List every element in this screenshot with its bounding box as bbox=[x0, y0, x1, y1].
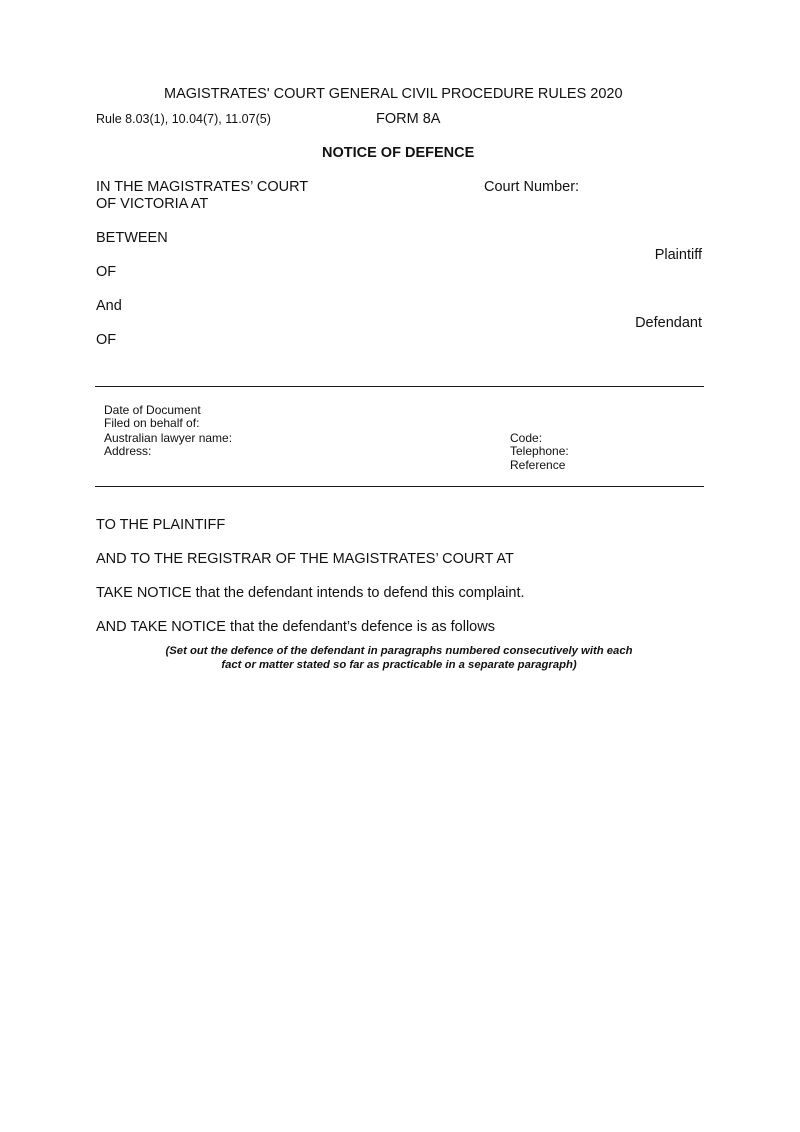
document-title: NOTICE OF DEFENCE bbox=[322, 145, 474, 161]
defence-statement: AND TAKE NOTICE that the defendant’s def… bbox=[96, 619, 495, 635]
date-of-document-label: Date of Document bbox=[104, 403, 201, 417]
address-label: Address: bbox=[104, 444, 151, 458]
bottom-divider bbox=[95, 486, 704, 487]
form-number: FORM 8A bbox=[376, 111, 440, 127]
and-label: And bbox=[96, 298, 122, 314]
defence-instructions: (Set out the defence of the defendant in… bbox=[96, 644, 702, 672]
to-registrar: AND TO THE REGISTRAR OF THE MAGISTRATES’… bbox=[96, 551, 514, 567]
court-name-line1: IN THE MAGISTRATES’ COURT bbox=[96, 179, 308, 195]
defendant-of-label: OF bbox=[96, 332, 116, 348]
telephone-label: Telephone: bbox=[510, 444, 569, 458]
take-notice-statement: TAKE NOTICE that the defendant intends t… bbox=[96, 585, 525, 601]
reference-label: Reference bbox=[510, 458, 565, 472]
instruction-line-2: fact or matter stated so far as practica… bbox=[96, 658, 702, 672]
lawyer-name-label: Australian lawyer name: bbox=[104, 431, 232, 445]
filed-on-behalf-label: Filed on behalf of: bbox=[104, 416, 199, 430]
plaintiff-label: Plaintiff bbox=[655, 247, 702, 263]
top-divider bbox=[95, 386, 704, 387]
court-name-line2: OF VICTORIA AT bbox=[96, 196, 208, 212]
defendant-label: Defendant bbox=[635, 315, 702, 331]
rules-title: MAGISTRATES' COURT GENERAL CIVIL PROCEDU… bbox=[164, 86, 623, 102]
plaintiff-of-label: OF bbox=[96, 264, 116, 280]
court-number-label: Court Number: bbox=[484, 179, 579, 195]
to-plaintiff: TO THE PLAINTIFF bbox=[96, 517, 225, 533]
instruction-line-1: (Set out the defence of the defendant in… bbox=[96, 644, 702, 658]
code-label: Code: bbox=[510, 431, 542, 445]
between-label: BETWEEN bbox=[96, 230, 168, 246]
rule-references: Rule 8.03(1), 10.04(7), 11.07(5) bbox=[96, 112, 271, 126]
